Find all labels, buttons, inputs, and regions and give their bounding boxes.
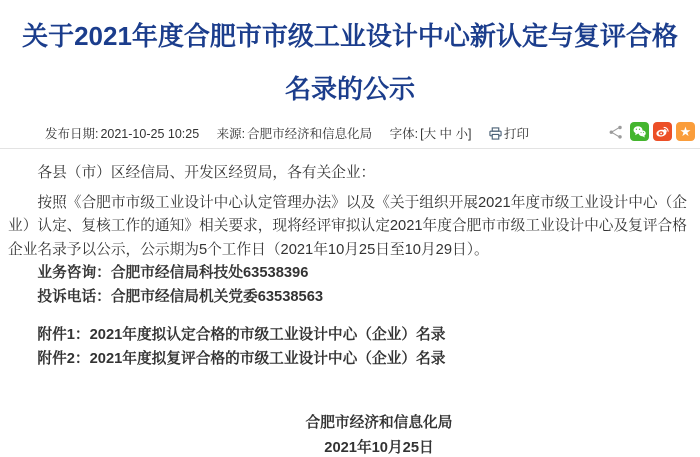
print-button[interactable]: 打印: [489, 127, 529, 141]
page-title-line2: 名录的公示: [16, 63, 684, 116]
business-consult-line: 业务咨询：合肥市经信局科技处63538396: [8, 262, 692, 286]
salutation: 各县（市）区经信局、开发区经贸局，各有关企业：: [8, 162, 692, 186]
complaint-phone-line: 投诉电话：合肥市经信局机关党委63538563: [8, 286, 692, 310]
document-body: 各县（市）区经信局、开发区经贸局，各有关企业： 按照《合肥市市级工业设计中心认定…: [0, 149, 700, 457]
attachments: 附件1：2021年度拟认定合格的市级工业设计中心（企业）名录 附件2：2021年…: [8, 324, 692, 371]
signature-date: 2021年10月25日: [66, 436, 692, 457]
share-nodes-icon[interactable]: [608, 124, 624, 140]
main-paragraph: 按照《合肥市市级工业设计中心认定管理办法》以及《关于组织开展2021年度市级工业…: [8, 192, 692, 263]
page-title-line1: 关于2021年度合肥市市级工业设计中心新认定与复评合格: [16, 10, 684, 63]
page-title: 关于2021年度合肥市市级工业设计中心新认定与复评合格 名录的公示: [16, 10, 684, 116]
share-bar: ★: [608, 122, 695, 141]
signature-org: 合肥市经济和信息化局: [66, 411, 692, 436]
wechat-icon[interactable]: [630, 122, 649, 141]
printer-icon: [489, 127, 504, 141]
favorite-star-icon[interactable]: ★: [676, 122, 695, 141]
font-size-control[interactable]: 字体:[大 中 小]: [390, 127, 472, 141]
meta-text: 发布日期:2021-10-25 10:25 来源:合肥市经济和信息化局 字体:[…: [0, 124, 588, 142]
font-size-options[interactable]: [大 中 小]: [420, 127, 471, 141]
attachment-1-link[interactable]: 附件1：2021年度拟认定合格的市级工业设计中心（企业）名录: [8, 324, 692, 348]
publish-date: 发布日期:2021-10-25 10:25: [45, 127, 199, 141]
weibo-icon[interactable]: [653, 122, 672, 141]
signature-block: 合肥市经济和信息化局 2021年10月25日: [8, 411, 692, 457]
source: 来源:合肥市经济和信息化局: [217, 127, 373, 141]
attachment-2-link[interactable]: 附件2：2021年度拟复评合格的市级工业设计中心（企业）名录: [8, 348, 692, 372]
meta-bar: 发布日期:2021-10-25 10:25 来源:合肥市经济和信息化局 字体:[…: [0, 118, 700, 148]
source-value: 合肥市经济和信息化局: [247, 127, 372, 141]
